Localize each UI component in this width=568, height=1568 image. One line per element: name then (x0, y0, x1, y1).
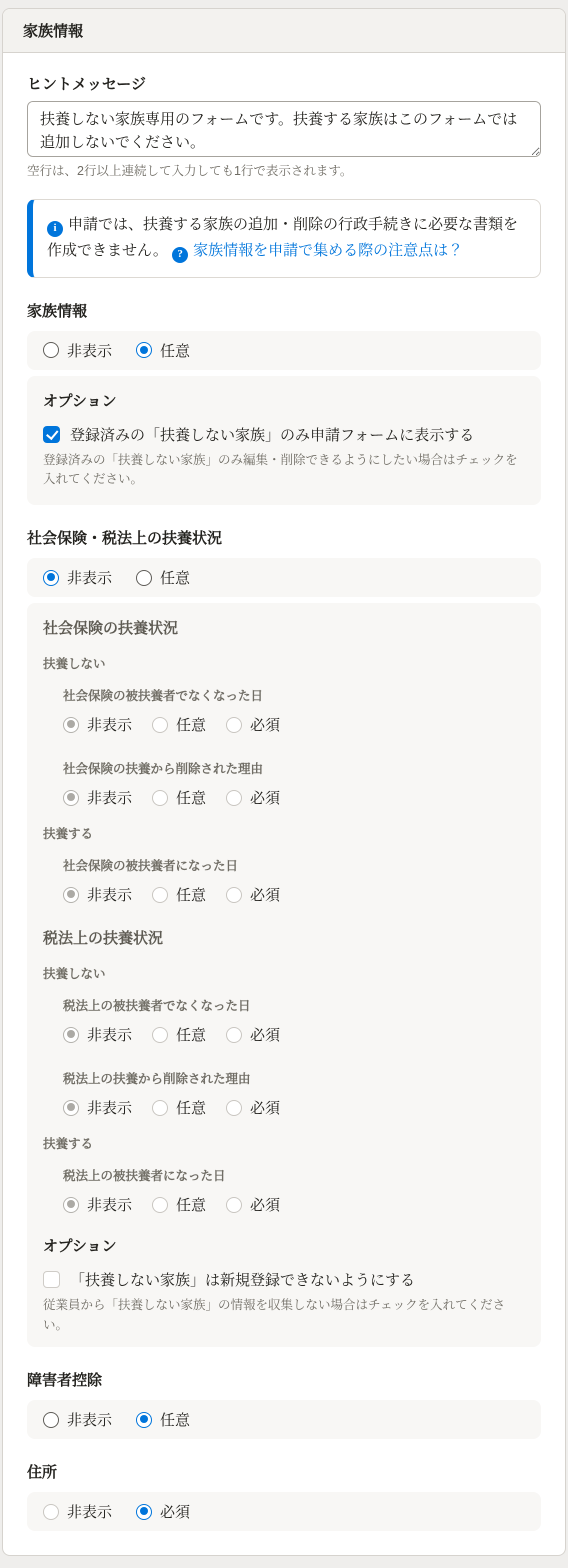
checkbox-helper: 従業員から「扶養しない家族」の情報を収集しない場合はチェックを入れてください。 (43, 1296, 525, 1335)
radio-option-label: 必須 (250, 1024, 280, 1045)
info-circle-icon: i (47, 221, 63, 237)
address-visibility-radio-group: 非表示 必須 (43, 1501, 525, 1522)
radio-option-label: 非表示 (87, 1024, 132, 1045)
radio-disabled-icon (43, 1504, 59, 1520)
radio-selected-disabled-icon (63, 717, 79, 733)
question-circle-icon: ? (172, 247, 188, 263)
radio-option-required: 必須 (226, 787, 280, 808)
radio-selected-disabled-icon (63, 1197, 79, 1213)
radio-option-hidden[interactable]: 非表示 (43, 340, 112, 361)
radio-selected-icon (43, 570, 59, 586)
radio-disabled-icon (152, 887, 168, 903)
address-visibility-panel: 非表示 必須 (27, 1492, 541, 1531)
field-radio-group: 非表示 任意 必須 (63, 714, 525, 735)
radio-option-optional: 任意 (152, 787, 206, 808)
dependency-visibility-radio-group: 非表示 任意 (43, 567, 525, 588)
field-si-became-date: 社会保険の被扶養者になった日 非表示 任意 (63, 856, 525, 905)
radio-option-label: 必須 (160, 1501, 190, 1522)
radio-disabled-icon (226, 887, 242, 903)
radio-disabled-icon (226, 1100, 242, 1116)
radio-option-required: 必須 (226, 714, 280, 735)
radio-option-hidden: 非表示 (63, 1194, 132, 1215)
radio-option-label: 非表示 (67, 1409, 112, 1430)
hint-message-block: ヒントメッセージ 扶養しない家族専用のフォームです。扶養する家族はこのフォームで… (27, 73, 541, 179)
group-dependent: 扶養する 税法上の被扶養者になった日 非表示 任意 (43, 1134, 525, 1215)
radio-option-label: 任意 (160, 340, 190, 361)
radio-disabled-icon (152, 1100, 168, 1116)
radio-option-hidden: 非表示 (43, 1501, 112, 1522)
radio-option-optional[interactable]: 任意 (136, 340, 190, 361)
radio-option-optional: 任意 (152, 1097, 206, 1118)
checkbox-helper: 登録済みの「扶養しない家族」のみ編集・削除できるようにしたい場合はチェックを入れ… (43, 451, 525, 490)
radio-option-label: 非表示 (87, 1194, 132, 1215)
radio-selected-disabled-icon (63, 1100, 79, 1116)
field-radio-group: 非表示 任意 必須 (63, 1194, 525, 1215)
radio-option-label: 必須 (250, 1097, 280, 1118)
radio-option-label: 必須 (250, 884, 280, 905)
radio-selected-icon (136, 1412, 152, 1428)
field-label: 社会保険の被扶養者でなくなった日 (63, 686, 525, 704)
checkbox-unchecked-icon (43, 1271, 60, 1288)
info-callout: i申請では、扶養する家族の追加・削除の行政手続きに必要な書類を作成できません。 … (27, 199, 541, 278)
card-title: 家族情報 (3, 9, 565, 53)
family-info-settings-card: 家族情報 ヒントメッセージ 扶養しない家族専用のフォームです。扶養する家族はこの… (2, 8, 566, 1556)
radio-option-label: 非表示 (67, 340, 112, 361)
radio-option-label: 非表示 (87, 1097, 132, 1118)
group-label: 扶養する (43, 824, 525, 842)
radio-selected-disabled-icon (63, 887, 79, 903)
field-label: 社会保険の被扶養者になった日 (63, 856, 525, 874)
radio-option-optional: 任意 (152, 1024, 206, 1045)
hint-message-textarea[interactable]: 扶養しない家族専用のフォームです。扶養する家族はこのフォームでは追加しないでくだ… (27, 101, 541, 157)
group-label: 扶養しない (43, 654, 525, 672)
field-tax-became-date: 税法上の被扶養者になった日 非表示 任意 (63, 1166, 525, 1215)
radio-option-hidden: 非表示 (63, 1097, 132, 1118)
radio-option-required: 必須 (226, 1194, 280, 1215)
radio-option-hidden: 非表示 (63, 1024, 132, 1045)
radio-option-hidden[interactable]: 非表示 (43, 1409, 112, 1430)
radio-option-required[interactable]: 必須 (136, 1501, 190, 1522)
radio-option-optional[interactable]: 任意 (136, 567, 190, 588)
radio-icon (43, 1412, 59, 1428)
radio-option-label: 非表示 (87, 787, 132, 808)
section-heading-family-info: 家族情報 (27, 300, 541, 321)
subsection-social-insurance: 社会保険の扶養状況 扶養しない 社会保険の被扶養者でなくなった日 非表示 (43, 617, 525, 905)
field-si-removed-date: 社会保険の被扶養者でなくなった日 非表示 任意 (63, 686, 525, 735)
field-tax-removed-date: 税法上の被扶養者でなくなった日 非表示 任意 (63, 996, 525, 1045)
section-heading-dependency-status: 社会保険・税法上の扶養状況 (27, 527, 541, 548)
radio-option-label: 任意 (160, 567, 190, 588)
radio-option-hidden: 非表示 (63, 714, 132, 735)
group-dependent: 扶養する 社会保険の被扶養者になった日 非表示 任意 (43, 824, 525, 905)
hint-message-label: ヒントメッセージ (27, 73, 541, 94)
disability-visibility-panel: 非表示 任意 (27, 1400, 541, 1439)
subsection-heading: 社会保険の扶養状況 (43, 617, 525, 638)
radio-disabled-icon (152, 1027, 168, 1043)
radio-option-label: 任意 (176, 714, 206, 735)
section-heading-address: 住所 (27, 1461, 541, 1482)
help-link[interactable]: ?家族情報を申請で集める際の注意点は？ (172, 242, 463, 259)
hint-message-helper: 空行は、2行以上連続して入力しても1行で表示されます。 (27, 161, 541, 179)
radio-option-hidden: 非表示 (63, 884, 132, 905)
radio-option-label: 非表示 (67, 1501, 112, 1522)
radio-option-required: 必須 (226, 884, 280, 905)
radio-option-label: 非表示 (87, 714, 132, 735)
radio-option-required: 必須 (226, 1097, 280, 1118)
group-not-dependent: 扶養しない 社会保険の被扶養者でなくなった日 非表示 任意 (43, 654, 525, 808)
radio-option-label: 必須 (250, 714, 280, 735)
card-content: ヒントメッセージ 扶養しない家族専用のフォームです。扶養する家族はこのフォームで… (3, 53, 565, 1555)
group-not-dependent: 扶養しない 税法上の被扶養者でなくなった日 非表示 任意 (43, 964, 525, 1118)
radio-selected-icon (136, 1504, 152, 1520)
family-info-options-panel: オプション 登録済みの「扶養しない家族」のみ申請フォームに表示する 登録済みの「… (27, 376, 541, 506)
family-info-visibility-panel: 非表示 任意 (27, 331, 541, 370)
radio-icon (43, 342, 59, 358)
checkbox-checked-icon (43, 426, 60, 443)
radio-option-label: 任意 (176, 1194, 206, 1215)
section-disability-deduction: 障害者控除 非表示 任意 (27, 1369, 541, 1439)
disability-visibility-radio-group: 非表示 任意 (43, 1409, 525, 1430)
radio-disabled-icon (226, 1197, 242, 1213)
disable-new-registration-checkbox[interactable]: 「扶養しない家族」は新規登録できないようにする (43, 1269, 525, 1290)
options-heading: オプション (43, 1235, 525, 1256)
radio-option-hidden[interactable]: 非表示 (43, 567, 112, 588)
checkbox-label: 「扶養しない家族」は新規登録できないようにする (70, 1269, 415, 1290)
help-link-label: 家族情報を申請で集める際の注意点は？ (193, 242, 463, 259)
dependency-options-block: オプション 「扶養しない家族」は新規登録できないようにする 従業員から「扶養しな… (43, 1235, 525, 1335)
field-label: 社会保険の扶養から削除された理由 (63, 759, 525, 777)
field-radio-group: 非表示 任意 必須 (63, 787, 525, 808)
radio-disabled-icon (152, 1197, 168, 1213)
subsection-tax-law: 税法上の扶養状況 扶養しない 税法上の被扶養者でなくなった日 非表示 (43, 927, 525, 1215)
radio-option-label: 任意 (176, 1024, 206, 1045)
field-label: 税法上の被扶養者でなくなった日 (63, 996, 525, 1014)
radio-option-optional: 任意 (152, 1194, 206, 1215)
radio-disabled-icon (152, 717, 168, 733)
radio-selected-icon (136, 342, 152, 358)
checkbox-label: 登録済みの「扶養しない家族」のみ申請フォームに表示する (70, 424, 474, 445)
subsection-heading: 税法上の扶養状況 (43, 927, 525, 948)
radio-option-hidden: 非表示 (63, 787, 132, 808)
radio-option-label: 任意 (176, 1097, 206, 1118)
radio-option-label: 任意 (160, 1409, 190, 1430)
section-address: 住所 非表示 必須 (27, 1461, 541, 1531)
radio-option-label: 任意 (176, 787, 206, 808)
options-heading: オプション (43, 390, 525, 411)
radio-disabled-icon (226, 1027, 242, 1043)
field-label: 税法上の被扶養者になった日 (63, 1166, 525, 1184)
radio-option-optional: 任意 (152, 714, 206, 735)
section-dependency-status: 社会保険・税法上の扶養状況 非表示 任意 社会保険の扶養状況 (27, 527, 541, 1347)
radio-option-label: 任意 (176, 884, 206, 905)
radio-icon (136, 570, 152, 586)
field-tax-removed-reason: 税法上の扶養から削除された理由 非表示 任意 (63, 1069, 525, 1118)
radio-disabled-icon (226, 790, 242, 806)
radio-option-label: 非表示 (67, 567, 112, 588)
field-si-removed-reason: 社会保険の扶養から削除された理由 非表示 任意 (63, 759, 525, 808)
section-heading-disability-deduction: 障害者控除 (27, 1369, 541, 1390)
field-radio-group: 非表示 任意 必須 (63, 1024, 525, 1045)
section-family-info: 家族情報 非表示 任意 オプション 登録済みの「扶養しない (27, 300, 541, 506)
family-info-visibility-radio-group: 非表示 任意 (43, 340, 525, 361)
radio-selected-disabled-icon (63, 1027, 79, 1043)
field-radio-group: 非表示 任意 必須 (63, 1097, 525, 1118)
radio-option-label: 必須 (250, 787, 280, 808)
field-radio-group: 非表示 任意 必須 (63, 884, 525, 905)
radio-disabled-icon (152, 790, 168, 806)
radio-option-label: 必須 (250, 1194, 280, 1215)
radio-selected-disabled-icon (63, 790, 79, 806)
radio-option-optional: 任意 (152, 884, 206, 905)
radio-option-required: 必須 (226, 1024, 280, 1045)
radio-option-optional[interactable]: 任意 (136, 1409, 190, 1430)
group-label: 扶養する (43, 1134, 525, 1152)
group-label: 扶養しない (43, 964, 525, 982)
show-registered-only-checkbox[interactable]: 登録済みの「扶養しない家族」のみ申請フォームに表示する (43, 424, 525, 445)
dependency-visibility-panel: 非表示 任意 (27, 558, 541, 597)
field-label: 税法上の扶養から削除された理由 (63, 1069, 525, 1087)
radio-disabled-icon (226, 717, 242, 733)
radio-option-label: 非表示 (87, 884, 132, 905)
dependency-detail-panel: 社会保険の扶養状況 扶養しない 社会保険の被扶養者でなくなった日 非表示 (27, 603, 541, 1347)
